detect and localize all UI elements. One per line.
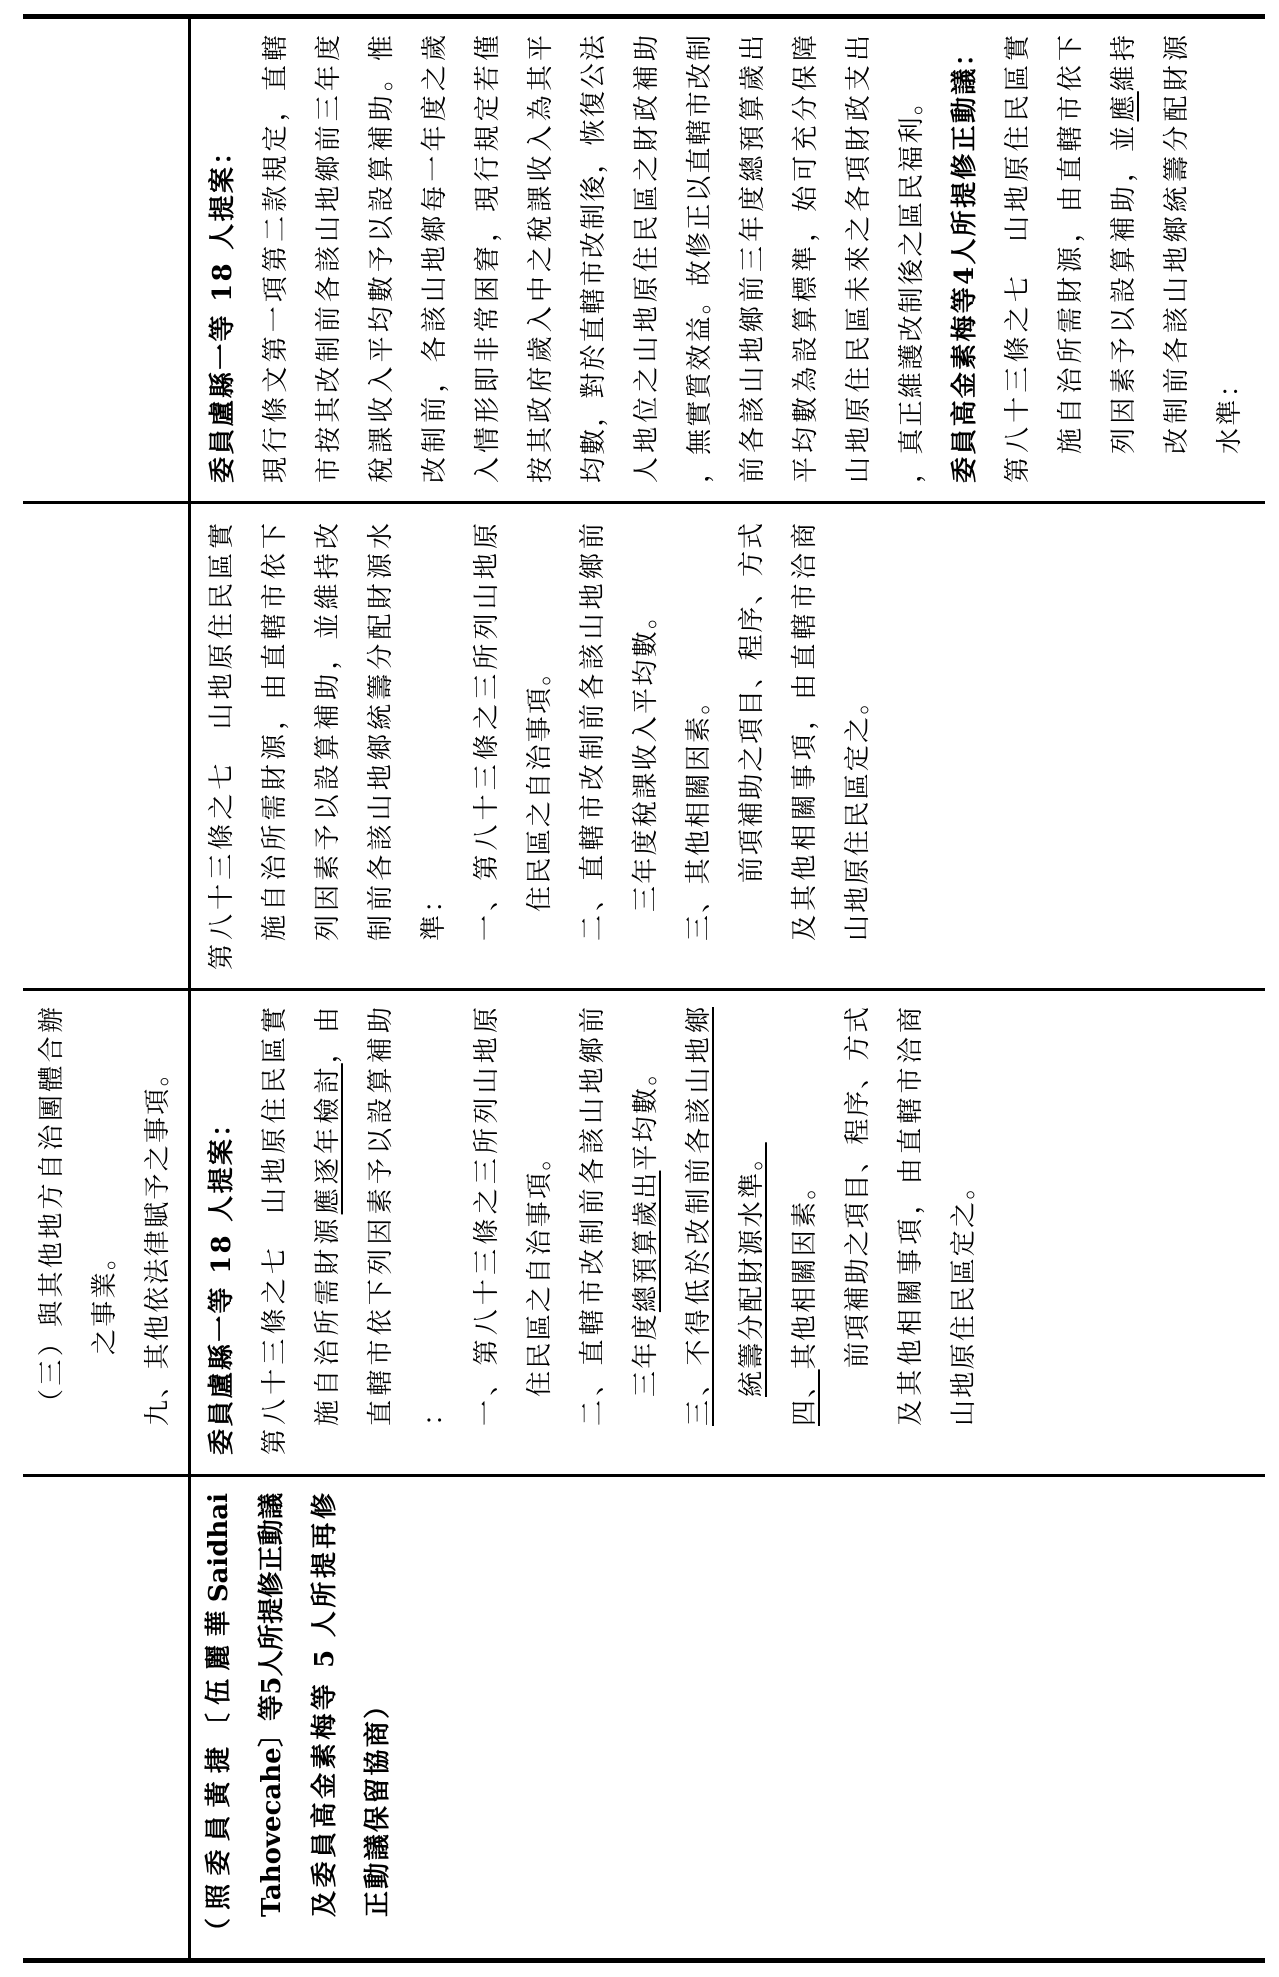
- text-line: （照委員黃捷〔伍麗華Saidhai: [193, 1493, 246, 1944]
- table-border-right: [23, 14, 1265, 19]
- text-line: 準：: [408, 523, 461, 941]
- text-segment: ，由: [313, 1007, 343, 1063]
- text-line: 直轄市依下列因素予以設算補助: [355, 1007, 408, 1426]
- text-line: 山地原住民區未來之各項財政支出: [833, 35, 886, 483]
- text-line: 及其他相關事項，由直轄市洽商: [885, 1007, 938, 1426]
- text-line: 及委員高金素梅等 5 人所提再修: [299, 1493, 352, 1917]
- text-line: 改制前各該山地鄉統籌分配財源: [1151, 35, 1204, 454]
- text-line: Tahovecahe〕等5人所提修正動議: [246, 1493, 299, 1917]
- text-line: 山地原住民區定之。: [832, 523, 885, 941]
- text-line: 施自治所需財源，由直轄市依下: [1045, 35, 1098, 454]
- text-line: 第八十三條之七 山地原住民區實: [992, 35, 1045, 483]
- text-segment: 平均數。: [631, 1057, 661, 1170]
- review-cell: （照委員黃捷〔伍麗華Saidhai Tahovecahe〕等5人所提修正動議 及…: [193, 1493, 405, 1944]
- proposer-heading: 委員高金素梅等4人所提修正動議：: [939, 35, 992, 483]
- text-line: 正動議保留協商）: [352, 1493, 405, 1917]
- amended-text-underline: 統籌分配財源水準。: [737, 1142, 767, 1397]
- text-line: 二、直轄市改制前各該山地鄉前: [567, 1007, 620, 1426]
- text-line: 制前各該山地鄉統籌分配財源水: [355, 523, 408, 941]
- amended-text-underline: 三、不得低於改制前各該山地鄉: [684, 1007, 714, 1426]
- text-line: 三、其他相關因素。: [673, 523, 726, 941]
- text-line: 住民區之自治事項。: [514, 523, 567, 912]
- text-line: 之事業。: [79, 1007, 132, 1355]
- text-line: 及其他相關事項，由直轄市洽商: [779, 523, 832, 941]
- text-line: 三年度總預算歲出平均數。: [620, 1007, 673, 1397]
- previous-row-proposal-cell: （三）與其他地方自治團體合辦 之事業。 九、其他依法律賦予之事項。: [26, 1007, 185, 1455]
- proposer-heading: 委員盧縣一等 18 人提案：: [197, 35, 250, 483]
- text-segment: 施自治所需財源: [313, 1214, 343, 1426]
- text-line: 第八十三條之七 山地原住民區實: [249, 1007, 302, 1455]
- text-line: ：: [408, 1007, 461, 1426]
- text-line: 稅課收入平均數予以設算補助。惟: [356, 35, 409, 483]
- amended-text-underline: 應: [1109, 91, 1139, 121]
- text-line: 四、其他相關因素。: [779, 1007, 832, 1426]
- text-segment: 三年度: [631, 1312, 661, 1397]
- text-line: 按其政府歲入中之稅課收入為其平: [515, 35, 568, 483]
- text-line: 人地位之山地原住民區之財政補助: [621, 35, 674, 483]
- text-line: 統籌分配財源水準。: [726, 1007, 779, 1397]
- text-line: 第八十三條之七 山地原住民區實: [196, 523, 249, 970]
- text-line: 平均數為設算標準，始可充分保障: [780, 35, 833, 483]
- text-segment: 其他相關因素。: [790, 1171, 820, 1369]
- text-line: 一、第八十三條之三所列山地原: [461, 1007, 514, 1426]
- text-line: 九、其他依法律賦予之事項。: [132, 1007, 185, 1426]
- text-line: ，真正維護改制後之區民福利。: [886, 35, 939, 483]
- amended-text-underline: 總預算歲出: [631, 1171, 661, 1313]
- text-line: 均數，對於直轄市改制後，恢復公法: [568, 35, 621, 483]
- text-line: （三）與其他地方自治團體合辦: [26, 1007, 79, 1415]
- text-line: 前項補助之項目、程序、方式: [726, 523, 779, 883]
- amended-text-underline: 四、: [790, 1369, 820, 1426]
- text-line: ，無實質效益。故修正以直轄市改制: [674, 35, 727, 483]
- text-line: 三年度稅課收入平均數。: [620, 523, 673, 912]
- text-segment: 列因素予以設算補助，並: [1109, 122, 1139, 455]
- text-line: 現行條文第一項第二款規定，直轄: [250, 35, 303, 483]
- proposal-cell: 委員盧縣一等 18 人提案： 第八十三條之七 山地原住民區實 施自治所需財源應逐…: [196, 1007, 991, 1455]
- text-line: 三、不得低於改制前各該山地鄉: [673, 1007, 726, 1426]
- column-divider: [23, 988, 1265, 991]
- text-line: 一、第八十三條之三所列山地原: [461, 523, 514, 941]
- text-line: 施自治所需財源，由直轄市依下: [249, 523, 302, 941]
- proposer-heading: 委員盧縣一等 18 人提案：: [196, 1007, 249, 1455]
- text-line: 二、直轄市改制前各該山地鄉前: [567, 523, 620, 941]
- text-line: 前各該山地鄉前三年度總預算歲出: [727, 35, 780, 483]
- table-border-left: [23, 1958, 1265, 1963]
- amended-text-underline: 應逐年檢討: [313, 1063, 343, 1214]
- text-line: 市按其改制前各該山地鄉前三年度: [303, 35, 356, 483]
- document-page: （三）與其他地方自治團體合辦 之事業。 九、其他依法律賦予之事項。 （照委員黃捷…: [0, 0, 1279, 1977]
- column-divider: [23, 1474, 1265, 1477]
- text-line: 入情形即非常困窘，現行規定若僅: [462, 35, 515, 483]
- text-line: 改制前，各該山地鄉每一年度之歲: [409, 35, 462, 483]
- text-line: 水準：: [1204, 35, 1257, 454]
- text-line: 列因素予以設算補助，並維持改: [302, 523, 355, 941]
- text-line: 住民區之自治事項。: [514, 1007, 567, 1397]
- row-divider: [188, 14, 191, 1963]
- text-line: 施自治所需財源應逐年檢討，由: [302, 1007, 355, 1426]
- explanation-cell: 委員盧縣一等 18 人提案： 現行條文第一項第二款規定，直轄 市按其改制前各該山…: [197, 35, 1257, 483]
- text-line: 前項補助之項目、程序、方式: [832, 1007, 885, 1368]
- column-divider: [23, 501, 1265, 504]
- text-line: 山地原住民區定之。: [938, 1007, 991, 1426]
- text-segment: 維持: [1109, 35, 1139, 91]
- text-line: 列因素予以設算補助，並應維持: [1098, 35, 1151, 454]
- current-law-cell: 第八十三條之七 山地原住民區實 施自治所需財源，由直轄市依下 列因素予以設算補助…: [196, 523, 885, 970]
